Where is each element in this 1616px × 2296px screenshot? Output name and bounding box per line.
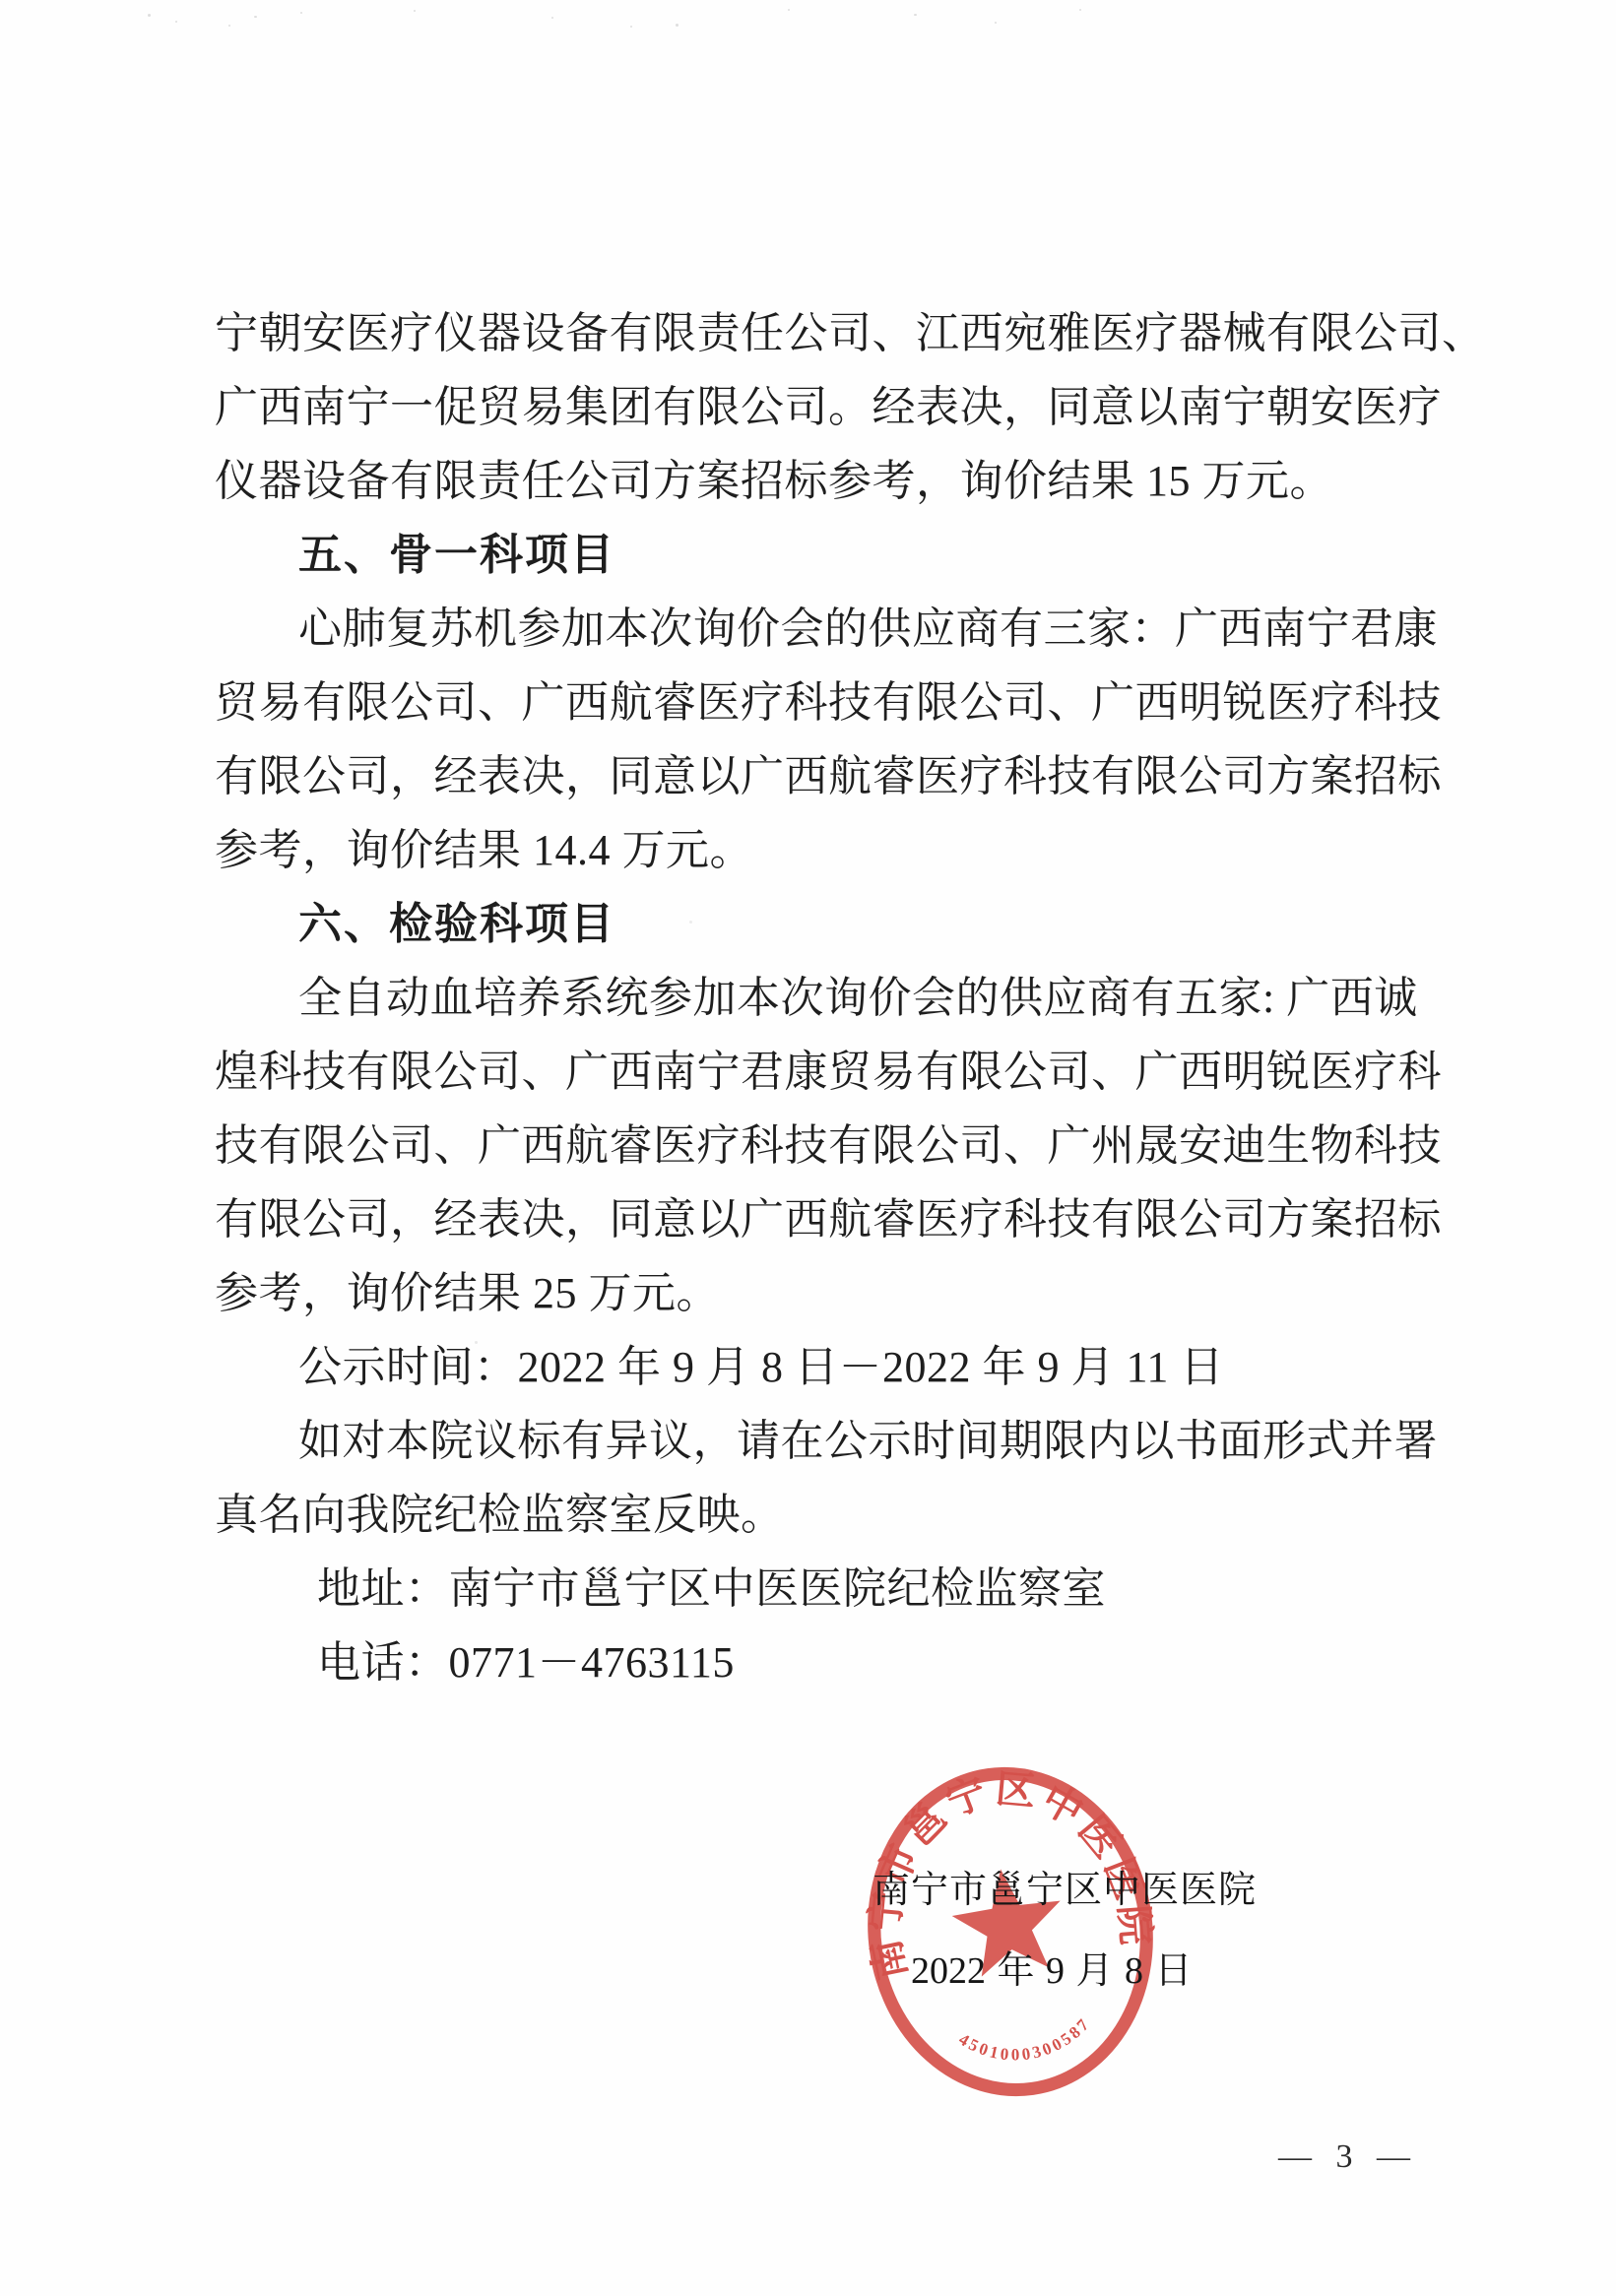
text-line: 参考，询价结果 25 万元。 bbox=[215, 1256, 1495, 1330]
text-line: 宁朝安医疗仪器设备有限责任公司、江西宛雅医疗器械有限公司、 bbox=[215, 296, 1495, 370]
official-seal: 南宁市邕宁区中医医院 4501000300587 bbox=[845, 1747, 1176, 2116]
text-line: 全自动血培养系统参加本次询价会的供应商有五家: 广西诚 bbox=[215, 961, 1495, 1035]
text-line: 煌科技有限公司、广西南宁君康贸易有限公司、广西明锐医疗科 bbox=[215, 1035, 1495, 1109]
scan-speck bbox=[630, 26, 632, 28]
paragraph: 全自动血培养系统参加本次询价会的供应商有五家: 广西诚煌科技有限公司、广西南宁君… bbox=[215, 961, 1495, 1330]
scan-speck bbox=[414, 10, 416, 12]
scan-speck bbox=[551, 17, 553, 19]
scan-speck bbox=[228, 25, 230, 27]
text-line: 心肺复苏机参加本次询价会的供应商有三家：广西南宁君康 bbox=[215, 592, 1495, 666]
text-line: 参考，询价结果 14.4 万元。 bbox=[215, 813, 1495, 887]
page-number: — 3 — bbox=[1278, 2138, 1418, 2176]
document-page: 宁朝安医疗仪器设备有限责任公司、江西宛雅医疗器械有限公司、广西南宁一促贸易集团有… bbox=[0, 0, 1616, 2296]
section-heading: 五、骨一科项目 bbox=[215, 518, 1495, 592]
text-line: 地址：南宁市邕宁区中医医院纪检监察室 bbox=[215, 1552, 1495, 1626]
scan-speck bbox=[1079, 9, 1081, 11]
text-line: 有限公司，经表决，同意以广西航睿医疗科技有限公司方案招标 bbox=[215, 739, 1495, 813]
scan-speck bbox=[300, 12, 302, 14]
text-line: 真名向我院纪检监察室反映。 bbox=[215, 1478, 1495, 1552]
text-line: 技有限公司、广西航睿医疗科技有限公司、广州晟安迪生物科技 bbox=[215, 1109, 1495, 1182]
scan-speck bbox=[995, 22, 997, 24]
text-line: 仪器设备有限责任公司方案招标参考，询价结果 15 万元。 bbox=[215, 444, 1495, 518]
paragraph: 宁朝安医疗仪器设备有限责任公司、江西宛雅医疗器械有限公司、广西南宁一促贸易集团有… bbox=[215, 296, 1495, 518]
paragraph: 如对本院议标有异议，请在公示时间期限内以书面形式并署真名向我院纪检监察室反映。 bbox=[215, 1404, 1495, 1552]
text-line: 有限公司，经表决，同意以广西航睿医疗科技有限公司方案招标 bbox=[215, 1182, 1495, 1256]
text-line: 五、骨一科项目 bbox=[215, 518, 1495, 592]
signature-organization: 南宁市邕宁区中医医院 bbox=[873, 1859, 1257, 1913]
paragraph: 地址：南宁市邕宁区中医医院纪检监察室 bbox=[215, 1552, 1495, 1626]
svg-text:4501000300587: 4501000300587 bbox=[953, 2011, 1098, 2073]
scan-speck bbox=[788, 9, 790, 11]
seal-code: 4501000300587 bbox=[953, 2011, 1098, 2073]
text-line: 广西南宁一促贸易集团有限公司。经表决，同意以南宁朝安医疗 bbox=[215, 370, 1495, 444]
scan-speck bbox=[676, 24, 679, 27]
scan-speck bbox=[914, 14, 917, 16]
paragraph: 心肺复苏机参加本次询价会的供应商有三家：广西南宁君康贸易有限公司、广西航睿医疗科… bbox=[215, 592, 1495, 887]
text-line: 电话：0771－4763115 bbox=[215, 1626, 1495, 1699]
text-line: 如对本院议标有异议，请在公示时间期限内以书面形式并署 bbox=[215, 1404, 1495, 1478]
scan-speck bbox=[148, 14, 151, 17]
signature-date: 2022 年 9 月 8 日 bbox=[911, 1940, 1193, 1994]
scan-speck bbox=[254, 16, 257, 18]
section-heading: 六、检验科项目 bbox=[215, 887, 1495, 961]
document-body: 宁朝安医疗仪器设备有限责任公司、江西宛雅医疗器械有限公司、广西南宁一促贸易集团有… bbox=[215, 296, 1495, 1699]
text-line: 贸易有限公司、广西航睿医疗科技有限公司、广西明锐医疗科技 bbox=[215, 666, 1495, 739]
text-line: 公示时间：2022 年 9 月 8 日－2022 年 9 月 11 日 bbox=[215, 1330, 1495, 1404]
paragraph: 公示时间：2022 年 9 月 8 日－2022 年 9 月 11 日 bbox=[215, 1330, 1495, 1404]
paragraph: 电话：0771－4763115 bbox=[215, 1626, 1495, 1699]
text-line: 六、检验科项目 bbox=[215, 887, 1495, 961]
scan-speck bbox=[175, 21, 177, 23]
